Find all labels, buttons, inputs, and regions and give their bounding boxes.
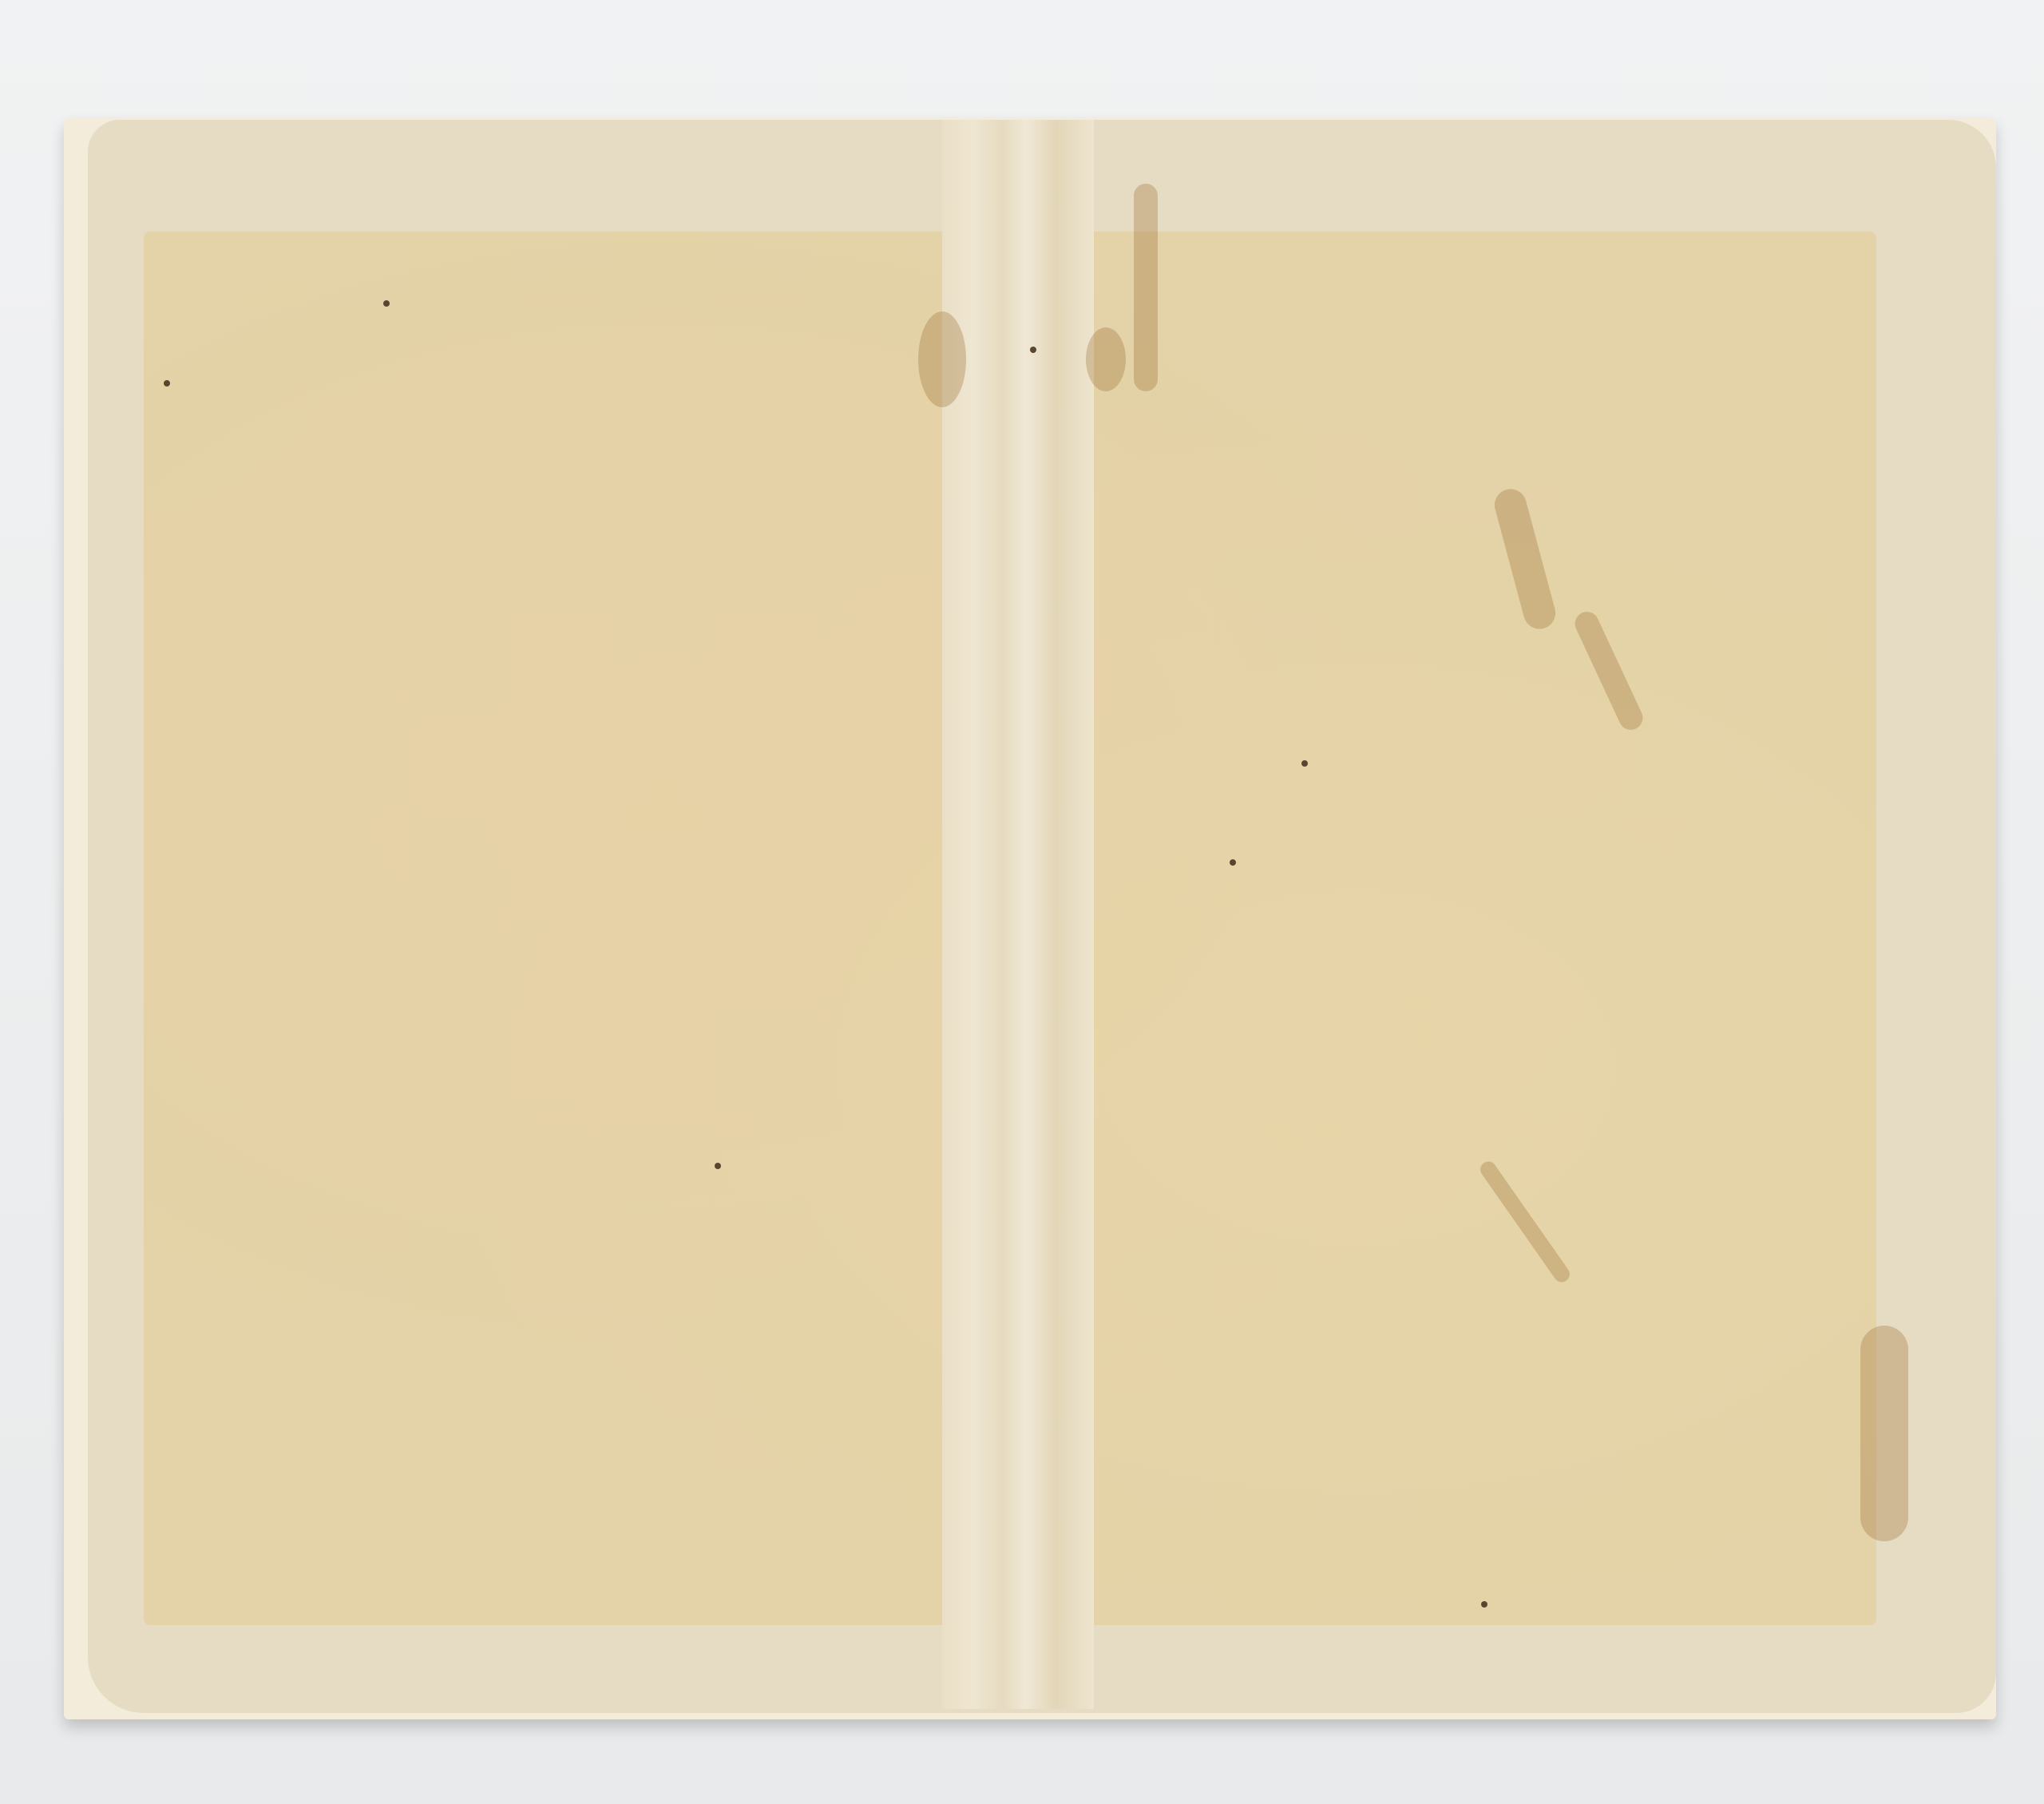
image-subject: Reverse side of an aged paper sheet moun… — [0, 0, 1, 1]
foxing-spot — [1301, 760, 1308, 767]
photo-background: Reverse side of an aged paper sheet moun… — [0, 0, 2044, 1804]
foxing-spot — [1230, 859, 1236, 866]
foxing-spot — [164, 380, 170, 387]
foxing-spot — [1030, 347, 1036, 353]
water-stain — [1134, 184, 1158, 391]
foxing-spot — [1481, 1601, 1487, 1608]
water-stain — [918, 311, 966, 407]
water-stain — [1860, 1326, 1908, 1541]
foxing-spot — [383, 300, 390, 307]
water-stain — [1086, 327, 1126, 391]
foxing-spot — [715, 1163, 721, 1169]
